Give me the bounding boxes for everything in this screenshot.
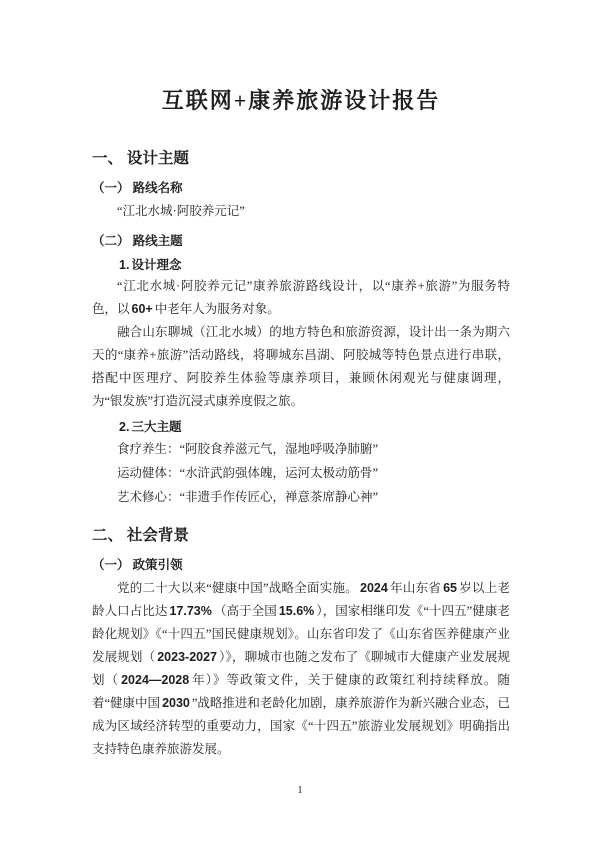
numeral: 65 xyxy=(443,581,457,595)
numeral: 2030 xyxy=(162,696,190,710)
document-title: 互联网+康养旅游设计报告 xyxy=(92,86,510,116)
theme-art-line: 艺术修心：“非遗手作传匠心，禅意茶席静心神” xyxy=(92,485,510,509)
numeral: 60+ xyxy=(132,302,153,316)
numeral: 2023-2027 xyxy=(157,650,217,664)
policy-paragraph: 党的二十大以来“健康中国”战略全面实施。2024年山东省65岁以上老龄人口占比达… xyxy=(92,577,510,761)
design-concept-paragraph-1: “江北水城·阿胶养元记”康养旅游路线设计，以“康养+旅游”为服务特色，以60+中… xyxy=(92,275,510,321)
route-name-heading: （一） 路线名称 xyxy=(92,178,510,198)
three-themes-heading: 2.三大主题 xyxy=(92,417,510,437)
section-social-background-heading: 二、 社会背景 xyxy=(92,525,510,547)
section-design-theme-heading: 一、 设计主题 xyxy=(92,148,510,170)
theme-exercise-line: 运动健体：“水浒武韵强体魄，运河太极动筋骨” xyxy=(92,461,510,485)
numeral: 2. xyxy=(119,420,129,434)
numeral: 15.6% xyxy=(279,604,314,618)
numeral: 17.73% xyxy=(169,604,211,618)
document-page: 互联网+康养旅游设计报告 一、 设计主题 （一） 路线名称 “江北水城·阿胶养元… xyxy=(0,0,600,848)
page-number: 1 xyxy=(0,784,600,796)
numeral: 2024—2028 xyxy=(121,673,189,687)
numeral: 2024 xyxy=(360,581,388,595)
policy-guidance-heading: （一） 政策引领 xyxy=(92,555,510,575)
route-name-text: “江北水城·阿胶养元记” xyxy=(92,200,510,223)
design-concept-paragraph-2: 融合山东聊城（江北水城）的地方特色和旅游资源，设计出一条为期六天的“康养+旅游”… xyxy=(92,321,510,413)
numeral: 1. xyxy=(119,258,129,272)
theme-diet-line: 食疗养生：“阿胶食养滋元气，湿地呼吸净肺腑” xyxy=(92,437,510,461)
route-theme-heading: （二） 路线主题 xyxy=(92,231,510,251)
design-concept-heading: 1.设计理念 xyxy=(92,255,510,275)
